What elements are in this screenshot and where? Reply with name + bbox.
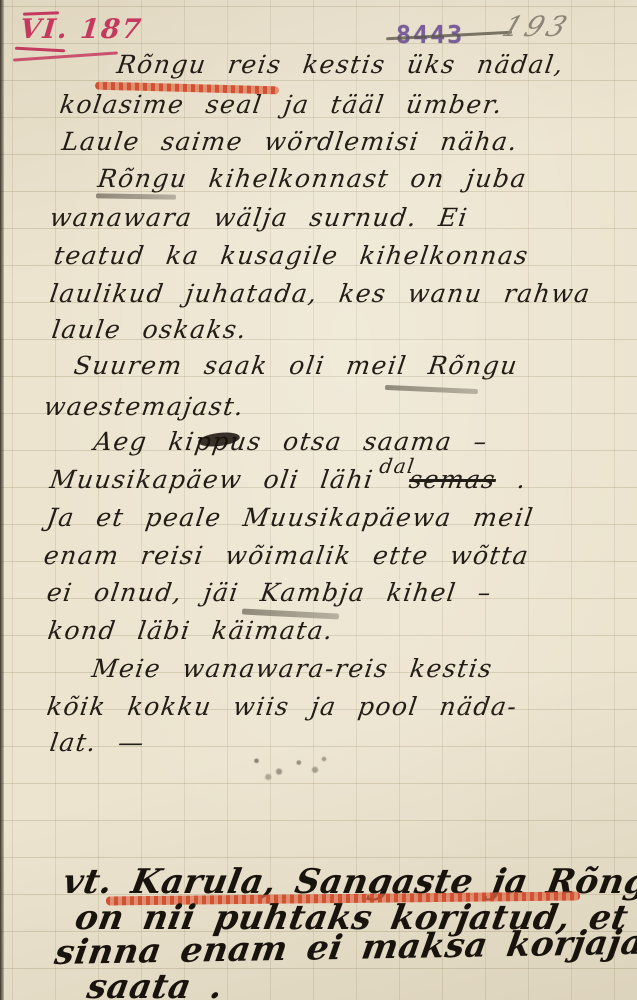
manuscript-line: Rõngu reis kestis üks nädal, — [115, 50, 566, 79]
manuscript-line: Ja et peale Muusikapäewa meil — [45, 503, 536, 532]
inserted-word-above: dal — [378, 454, 417, 478]
manuscript-line: Meie wanawara-reis kestis — [90, 654, 495, 683]
folio-underline-swoosh-mark — [13, 51, 118, 61]
manuscript-line: kõik kokku wiis ja pool näda- — [45, 692, 520, 721]
manuscript-line: Rõngu kihelkonnast on juba — [96, 164, 529, 193]
manuscript-line: laule oskaks. — [50, 315, 249, 344]
manuscript-line: lat. — — [48, 728, 147, 757]
folio-underline-mark — [15, 47, 65, 53]
manuscript-line-with-insertion: Muusikapäew oli lähidalsemas . — [48, 465, 529, 494]
annotation-line: saata . — [84, 967, 226, 1000]
pencil-underline-rongu2-mark — [385, 385, 478, 394]
struck-word: semas — [407, 465, 498, 494]
manuscript-line: wanawara wälja surnud. Ei — [48, 203, 470, 232]
manuscript-line: Suurem saak oli meil Rõngu — [72, 351, 520, 380]
pencil-smudge-mark — [243, 750, 333, 786]
manuscript-line: waestemajast. — [42, 392, 246, 421]
line-text-after: . — [494, 465, 529, 494]
folio-number-red: VI. 187 — [18, 14, 144, 45]
manuscript-line: Aeg kippus otsa saama – — [92, 427, 490, 456]
pencil-page-number: 193 — [498, 10, 575, 43]
page-edge-shadow — [0, 0, 4, 1000]
line-text-before: Muusikapäew oli lähi — [48, 465, 376, 494]
manuscript-line: kolasime seal ja tääl ümber. — [58, 90, 505, 119]
manuscript-line: enam reisi wõimalik ette wõtta — [42, 541, 531, 570]
manuscript-page: VI. 187 8443 193 Rõngu reis kestis üks n… — [0, 0, 637, 1000]
manuscript-line: kond läbi käimata. — [46, 616, 336, 645]
manuscript-line: Laule saime wördlemisi näha. — [60, 127, 520, 156]
manuscript-line: teatud ka kusagile kihelkonnas — [52, 241, 531, 270]
manuscript-line: ei olnud, jäi Kambja kihel – — [45, 578, 494, 607]
manuscript-line: laulikud juhatada, kes wanu rahwa — [48, 279, 593, 308]
pencil-underline-rongu-mark — [96, 193, 176, 199]
